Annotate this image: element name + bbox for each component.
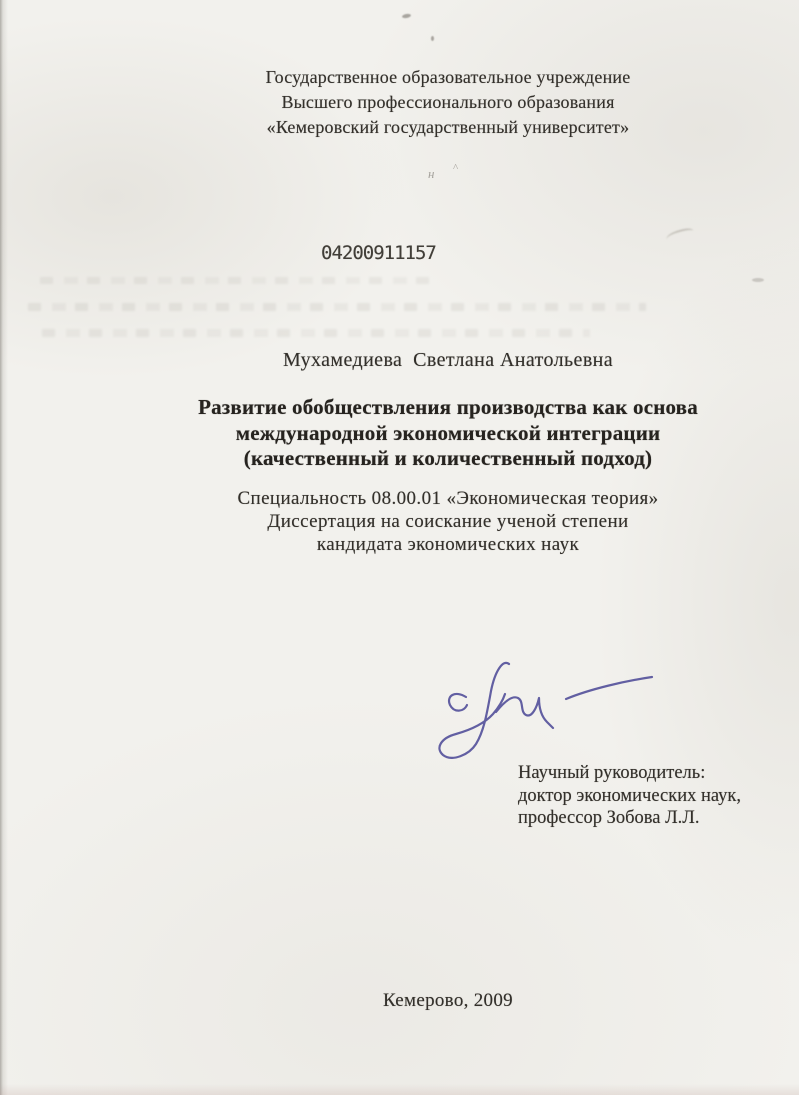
supervisor-block: Научный руководитель: доктор экономическ… <box>518 762 741 830</box>
university-header: Государственное образовательное учрежден… <box>97 65 799 140</box>
degree-line-1: Диссертация на соискание ученой степени <box>97 510 799 533</box>
title-line-2: международной экономической интеграции <box>97 421 799 447</box>
title-line-1: Развитие обобществления производства как… <box>97 395 799 421</box>
supervisor-label: Научный руководитель: <box>518 762 741 785</box>
supervisor-name: профессор Зобова Л.Л. <box>518 807 741 830</box>
city-year-text: Кемерово, 2009 <box>97 990 799 1012</box>
title-line-3: (качественный и количественный подход) <box>97 446 799 472</box>
speciality-block: Специальность 08.00.01 «Экономическая те… <box>97 487 799 556</box>
author-name-text: Мухамедиева Светлана Анатольевна <box>97 347 799 373</box>
signature-stroke-che <box>496 697 553 728</box>
signature-stroke-dash <box>566 677 652 699</box>
pencil-squiggle <box>665 227 695 244</box>
scan-smudge <box>431 36 434 41</box>
scan-smudge <box>402 13 412 19</box>
scanned-dissertation-title-page: н ^ Государственное образовательное учре… <box>0 0 799 1095</box>
author-name: Мухамедиева Светлана Анатольевна <box>97 347 799 373</box>
bleed-through-text-row <box>40 277 432 284</box>
registration-number: 04200911157 <box>321 242 436 264</box>
dissertation-title: Развитие обобществления производства как… <box>97 395 799 472</box>
degree-line-2: кандидата экономических наук <box>97 533 799 556</box>
supervisor-degree: доктор экономических наук, <box>518 785 741 808</box>
scan-smudge <box>752 278 764 282</box>
signature <box>425 640 660 780</box>
signature-stroke-c-hook <box>449 694 467 711</box>
bleed-through-text-row <box>28 303 646 311</box>
header-line-1: Государственное образовательное учрежден… <box>97 65 799 90</box>
pencil-mark: н <box>428 166 434 182</box>
city-year: Кемерово, 2009 <box>97 990 799 1012</box>
pencil-mark: ^ <box>453 162 458 174</box>
bleed-through-text-row <box>42 329 590 337</box>
speciality-line: Специальность 08.00.01 «Экономическая те… <box>97 487 799 510</box>
header-line-2: Высшего профессионального образования <box>97 90 799 115</box>
header-line-3: «Кемеровский государственный университет… <box>97 115 799 140</box>
